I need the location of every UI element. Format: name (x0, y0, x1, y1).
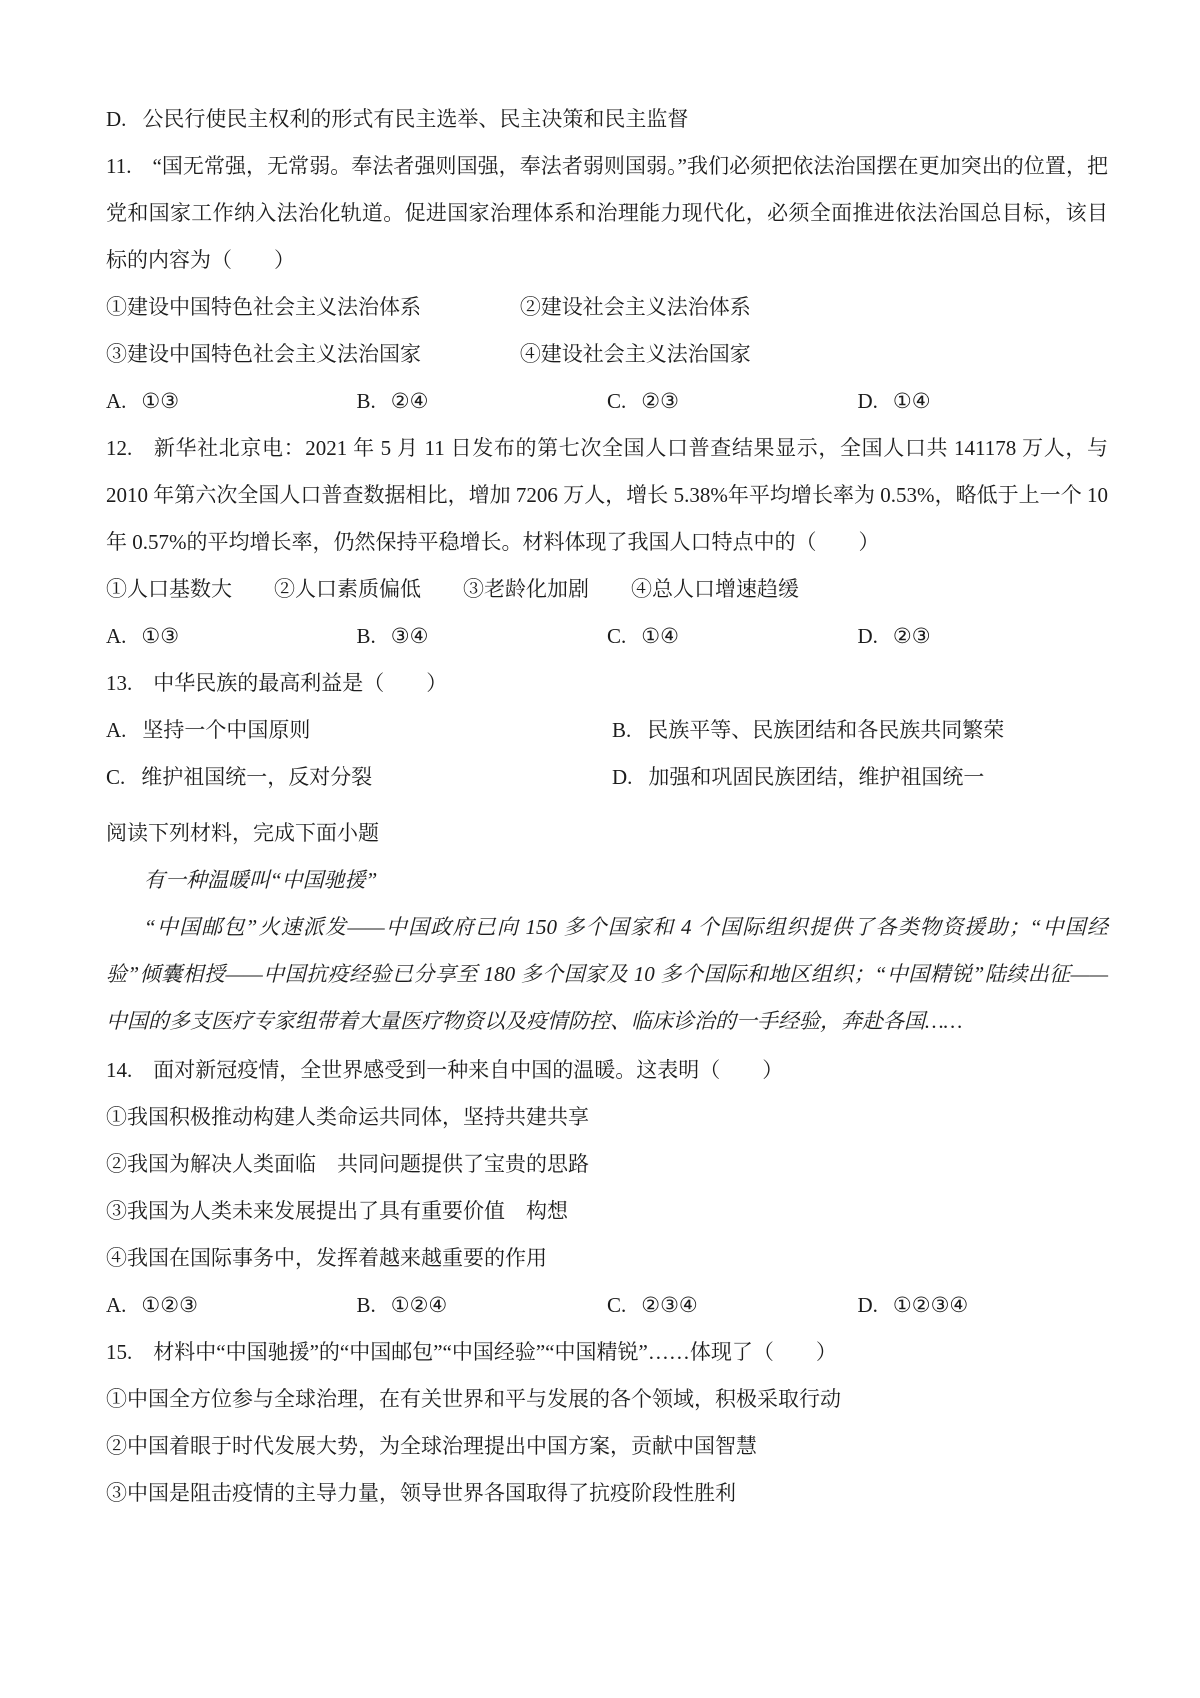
question-11-choice-d: D.①④ (858, 378, 1109, 425)
choice-label: D. (858, 389, 878, 413)
question-14-choice-a: A.①②③ (106, 1282, 357, 1329)
question-12-choice-d: D.②③ (858, 613, 1109, 660)
choice-label: A. (106, 389, 126, 413)
question-14-suboption-4: ④我国在国际事务中，发挥着越来越重要的作用 (106, 1235, 1108, 1282)
question-15-stem: 15. 材料中“中国驰援”的“中国邮包”“中国经验”“中国精锐”……体现了（ ） (106, 1329, 1108, 1376)
choice-value: ①③ (141, 389, 179, 413)
question-11-suboption-1: ①建设中国特色社会主义法治体系 (106, 284, 520, 331)
question-11-suboption-2: ②建设社会主义法治体系 (520, 284, 1108, 331)
choice-value: ②④ (391, 389, 429, 413)
question-14-choice-c: C.②③④ (607, 1282, 858, 1329)
option-label: B. (612, 718, 631, 742)
option-label: A. (106, 718, 126, 742)
question-15-suboption-3: ③中国是阻击疫情的主导力量，领导世界各国取得了抗疫阶段性胜利 (106, 1470, 1108, 1517)
choice-value: ③④ (391, 624, 429, 648)
material-body: “中国邮包”火速派发——中国政府已向 150 多个国家和 4 个国际组织提供了各… (106, 904, 1108, 1045)
question-11-choices: A.①③ B.②④ C.②③ D.①④ (106, 378, 1108, 425)
question-11-choice-b: B.②④ (357, 378, 608, 425)
question-13-option-d: D.加强和巩固民族团结，维护祖国统一 (612, 754, 1108, 801)
question-14-stem: 14. 面对新冠疫情，全世界感受到一种来自中国的温暖。这表明（ ） (106, 1047, 1108, 1094)
question-12-choice-a: A.①③ (106, 613, 357, 660)
choice-label: C. (607, 624, 626, 648)
question-11-suboption-3: ③建设中国特色社会主义法治国家 (106, 331, 520, 378)
question-14: 14. 面对新冠疫情，全世界感受到一种来自中国的温暖。这表明（ ） ①我国积极推… (106, 1047, 1108, 1329)
choice-value: ①②③ (141, 1293, 197, 1317)
option-text: 维护祖国统一，反对分裂 (141, 765, 372, 789)
question-15: 15. 材料中“中国驰援”的“中国邮包”“中国经验”“中国精锐”……体现了（ ）… (106, 1329, 1108, 1517)
choice-label: C. (607, 1293, 626, 1317)
question-11-stem: 11. “国无常强，无常弱。奉法者强则国强，奉法者弱则国弱。”我们必须把依法治国… (106, 143, 1108, 284)
material-instruction: 阅读下列材料，完成下面小题 (106, 810, 1108, 857)
choice-value: ②③④ (641, 1293, 697, 1317)
choice-value: ①④ (893, 389, 931, 413)
q10-option-d-line: D.公民行使民主权利的形式有民主选举、民主决策和民主监督 (106, 96, 1108, 143)
question-14-suboption-3: ③我国为人类未来发展提出了具有重要价值 构想 (106, 1188, 1108, 1235)
q10-option-d-label: D. (106, 107, 126, 131)
question-14-choices: A.①②③ B.①②④ C.②③④ D.①②③④ (106, 1282, 1108, 1329)
q10-option-d-text: 公民行使民主权利的形式有民主选举、民主决策和民主监督 (142, 107, 688, 131)
question-11-suboptions: ①建设中国特色社会主义法治体系 ②建设社会主义法治体系 ③建设中国特色社会主义法… (106, 284, 1108, 378)
question-13-option-a: A.坚持一个中国原则 (106, 707, 612, 754)
choice-value: ①②③④ (893, 1293, 968, 1317)
question-14-suboption-1: ①我国积极推动构建人类命运共同体，坚持共建共享 (106, 1094, 1108, 1141)
choice-value: ②③ (893, 624, 931, 648)
question-13: 13. 中华民族的最高利益是（ ） A.坚持一个中国原则 B.民族平等、民族团结… (106, 660, 1108, 801)
choice-label: B. (357, 1293, 376, 1317)
question-11-suboption-4: ④建设社会主义法治国家 (520, 331, 1108, 378)
choice-label: D. (858, 624, 878, 648)
option-label: C. (106, 765, 125, 789)
question-12-stem: 12. 新华社北京电：2021 年 5 月 11 日发布的第七次全国人口普查结果… (106, 425, 1108, 566)
question-11: 11. “国无常强，无常弱。奉法者强则国强，奉法者弱则国弱。”我们必须把依法治国… (106, 143, 1108, 425)
question-14-suboption-2: ②我国为解决人类面临 共同问题提供了宝贵的思路 (106, 1141, 1108, 1188)
question-13-option-b: B.民族平等、民族团结和各民族共同繁荣 (612, 707, 1108, 754)
question-13-option-c: C.维护祖国统一，反对分裂 (106, 754, 612, 801)
question-11-choice-a: A.①③ (106, 378, 357, 425)
exam-document-page: D.公民行使民主权利的形式有民主选举、民主决策和民主监督 11. “国无常强，无… (0, 0, 1200, 1517)
question-11-choice-c: C.②③ (607, 378, 858, 425)
choice-value: ①③ (141, 624, 179, 648)
choice-label: A. (106, 1293, 126, 1317)
question-13-stem: 13. 中华民族的最高利益是（ ） (106, 660, 1108, 707)
question-12-choice-c: C.①④ (607, 613, 858, 660)
option-text: 民族平等、民族团结和各民族共同繁荣 (647, 718, 1004, 742)
choice-label: D. (858, 1293, 878, 1317)
question-14-choice-b: B.①②④ (357, 1282, 608, 1329)
choice-value: ①②④ (391, 1293, 447, 1317)
material-title: 有一种温暖叫“中国驰援” (106, 857, 1108, 904)
question-15-suboption-2: ②中国着眼于时代发展大势，为全球治理提出中国方案，贡献中国智慧 (106, 1423, 1108, 1470)
question-13-options: A.坚持一个中国原则 B.民族平等、民族团结和各民族共同繁荣 C.维护祖国统一，… (106, 707, 1108, 801)
question-12-choice-b: B.③④ (357, 613, 608, 660)
question-12: 12. 新华社北京电：2021 年 5 月 11 日发布的第七次全国人口普查结果… (106, 425, 1108, 660)
choice-label: B. (357, 624, 376, 648)
question-14-choice-d: D.①②③④ (858, 1282, 1109, 1329)
reading-material: 阅读下列材料，完成下面小题 有一种温暖叫“中国驰援” “中国邮包”火速派发——中… (106, 810, 1108, 1045)
choice-label: C. (607, 389, 626, 413)
choice-label: A. (106, 624, 126, 648)
option-text: 坚持一个中国原则 (142, 718, 310, 742)
question-15-suboption-1: ①中国全方位参与全球治理，在有关世界和平与发展的各个领域，积极采取行动 (106, 1376, 1108, 1423)
choice-label: B. (357, 389, 376, 413)
choice-value: ①④ (641, 624, 679, 648)
question-12-choices: A.①③ B.③④ C.①④ D.②③ (106, 613, 1108, 660)
option-text: 加强和巩固民族团结，维护祖国统一 (648, 765, 984, 789)
choice-value: ②③ (641, 389, 679, 413)
option-label: D. (612, 765, 632, 789)
question-12-suboptions: ①人口基数大 ②人口素质偏低 ③老龄化加剧 ④总人口增速趋缓 (106, 566, 1108, 613)
